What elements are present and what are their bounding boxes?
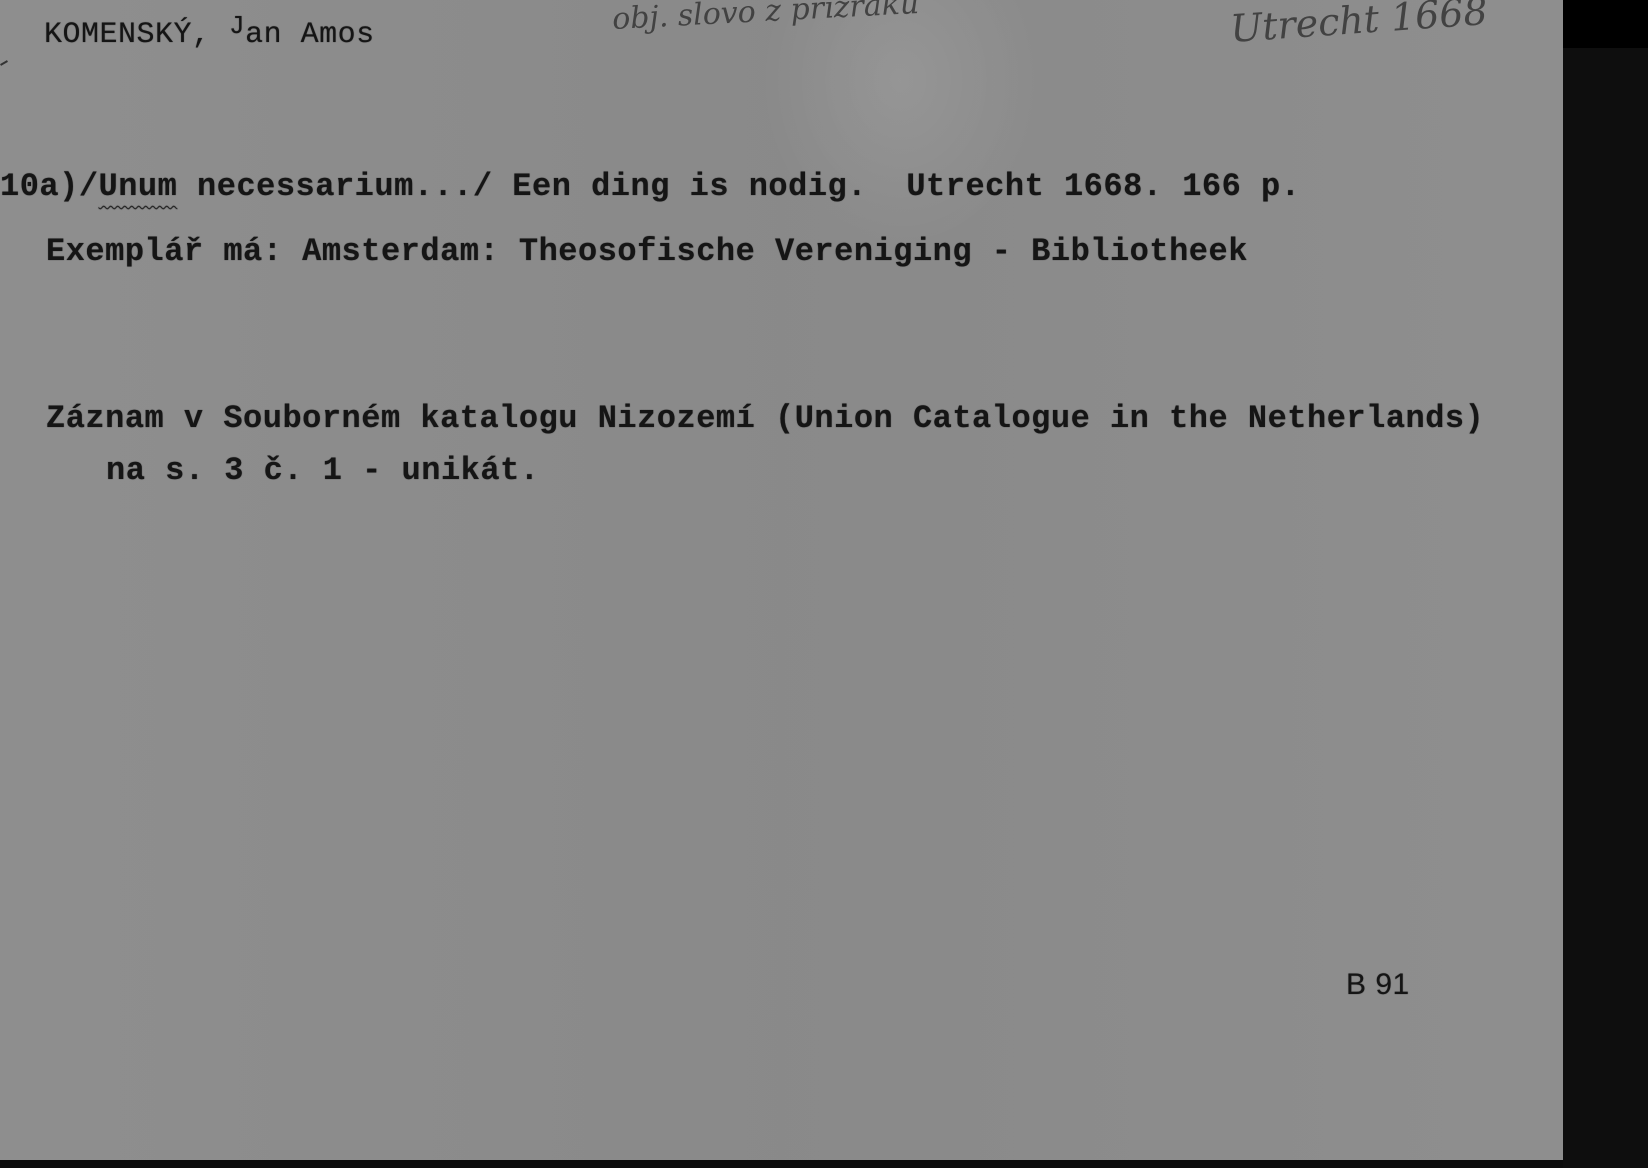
scanned-catalog-card: KOMENSKÝ, Jan Amos obj. slovo z přízraku… bbox=[0, 0, 1648, 1168]
margin-mark bbox=[0, 60, 8, 66]
holding-library: Exemplář má: Amsterdam: Theosofische Ver… bbox=[46, 233, 1248, 270]
union-catalogue-note: Záznam v Souborném katalogu Nizozemí (Un… bbox=[46, 400, 1484, 437]
title-rest: necessarium.../ Een ding is nodig. Utrec… bbox=[177, 168, 1300, 205]
scan-border bbox=[1563, 0, 1648, 1168]
union-catalogue-reference: na s. 3 č. 1 - unikát. bbox=[106, 452, 539, 489]
handwritten-note: obj. slovo z přízraku bbox=[611, 0, 920, 37]
title-entry: 10a)/Unum necessarium.../ Een ding is no… bbox=[0, 168, 1300, 205]
catalog-card: KOMENSKÝ, Jan Amos obj. slovo z přízraku… bbox=[0, 0, 1563, 1160]
author-initial: J bbox=[229, 11, 245, 41]
title-slash: / bbox=[79, 168, 99, 205]
author-given-name: an Amos bbox=[245, 18, 375, 52]
title-keyword: Unum bbox=[99, 168, 178, 205]
author-heading: KOMENSKÝ, Jan Amos bbox=[44, 18, 375, 52]
handwritten-place-date: Utrecht 1668 bbox=[1229, 0, 1489, 51]
author-surname: KOMENSKÝ, bbox=[44, 18, 229, 52]
scan-border-band bbox=[1563, 0, 1648, 48]
entry-number: 10a) bbox=[0, 168, 79, 205]
shelfmark: B 91 bbox=[1346, 968, 1410, 1002]
